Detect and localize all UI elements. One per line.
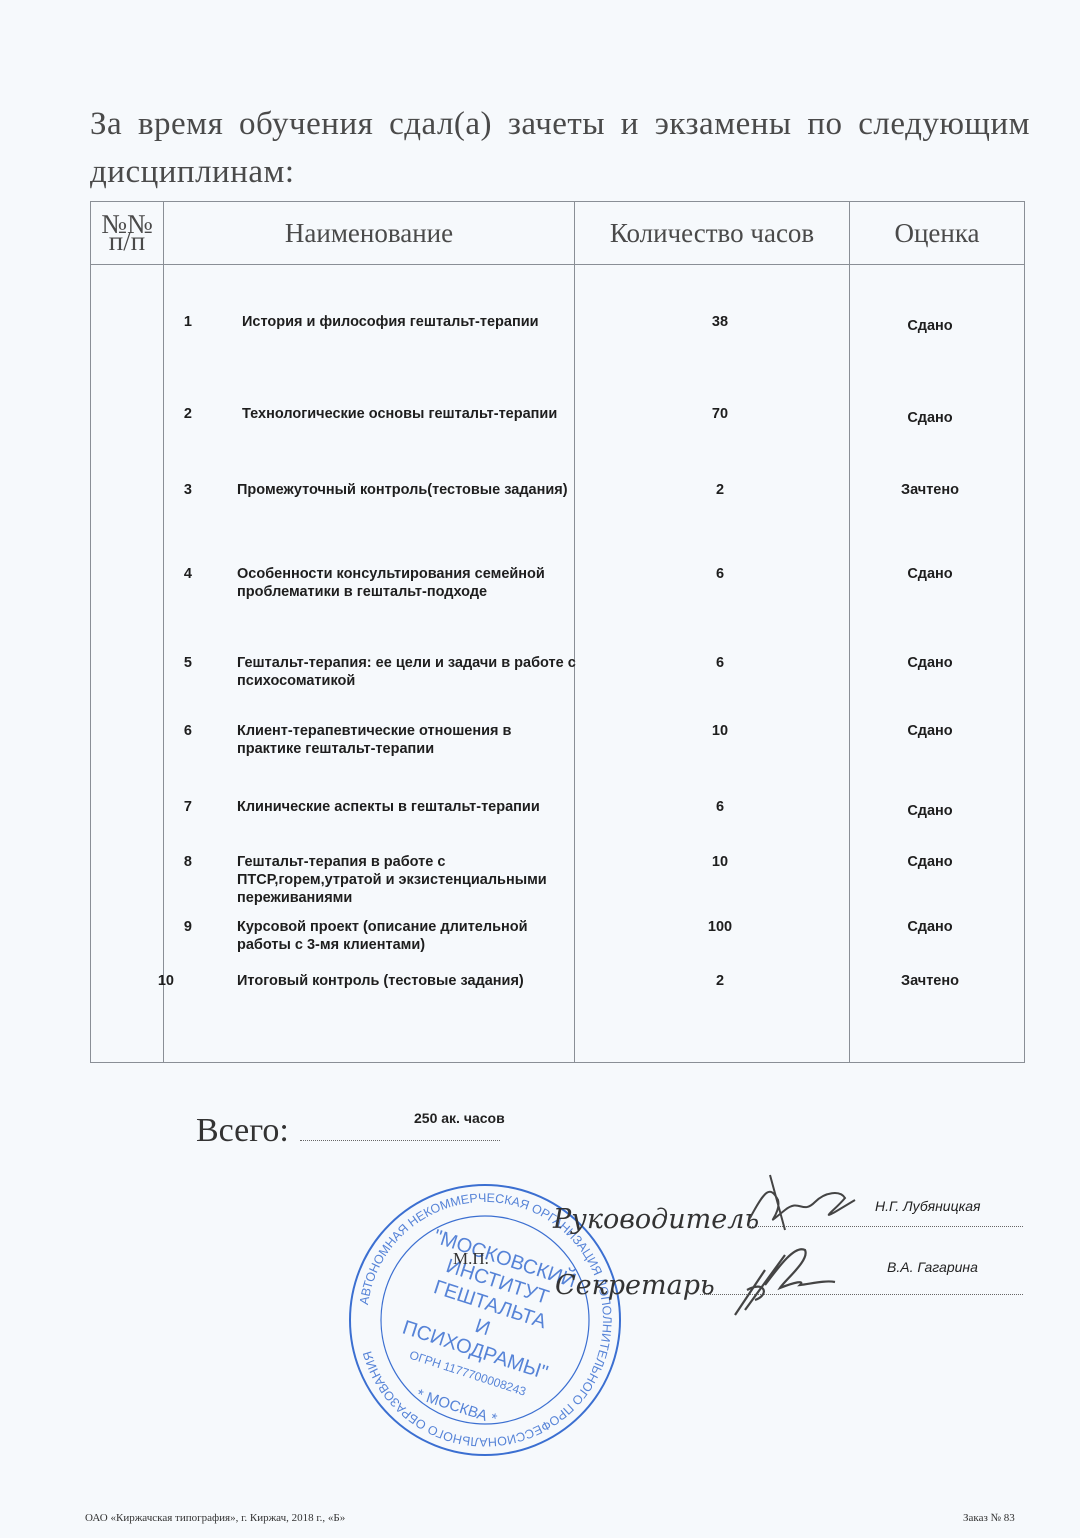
- row-grade: Зачтено: [870, 481, 990, 499]
- header-grade: Оценка: [850, 202, 1025, 265]
- row-discipline-name: История и философия гештальт-терапии: [242, 313, 582, 331]
- row-discipline-name: Итоговый контроль (тестовые задания): [237, 972, 577, 990]
- row-discipline-name: Технологические основы гештальт-терапии: [242, 405, 582, 423]
- row-discipline-name: Гештальт-терапия: ее цели и задачи в раб…: [237, 654, 577, 690]
- row-hours: 2: [680, 972, 760, 990]
- row-number: 7: [152, 798, 192, 816]
- row-number: 2: [152, 405, 192, 423]
- row-number: 6: [152, 722, 192, 740]
- secretary-signature: [725, 1240, 845, 1320]
- head-name: Н.Г. Лубяницкая: [875, 1198, 980, 1214]
- printer-info: ОАО «Киржачская типография», г. Киржач, …: [85, 1512, 345, 1524]
- row-number: 1: [152, 313, 192, 331]
- row-discipline-name: Особенности консультирования семейной пр…: [237, 565, 577, 601]
- total-underline: [300, 1140, 500, 1141]
- row-grade: Сдано: [870, 565, 990, 583]
- secretary-role-label: Секретарь: [555, 1270, 715, 1301]
- row-hours: 38: [680, 313, 760, 331]
- total-value: 250 ак. часов: [414, 1110, 505, 1126]
- row-grade: Сдано: [870, 654, 990, 672]
- seal-place-label: М.П.: [453, 1249, 489, 1269]
- row-hours: 10: [680, 722, 760, 740]
- header-name: Наименование: [164, 202, 575, 265]
- row-number: 5: [152, 654, 192, 672]
- row-discipline-name: Курсовой проект (описание длительной раб…: [237, 918, 577, 954]
- row-discipline-name: Клиент-терапевтические отношения в практ…: [237, 722, 577, 758]
- order-number: Заказ № 83: [963, 1512, 1015, 1524]
- row-grade: Сдано: [870, 317, 990, 335]
- row-number: 8: [152, 853, 192, 871]
- secretary-name: В.А. Гагарина: [887, 1259, 978, 1275]
- header-hours: Количество часов: [575, 202, 850, 265]
- row-number: 4: [152, 565, 192, 583]
- row-grade: Сдано: [870, 722, 990, 740]
- row-grade: Сдано: [870, 802, 990, 820]
- page-heading: За время обучения сдал(а) зачеты и экзам…: [90, 100, 1030, 196]
- row-discipline-name: Промежуточный контроль(тестовые задания): [237, 481, 577, 499]
- row-hours: 100: [680, 918, 760, 936]
- row-hours: 10: [680, 853, 760, 871]
- row-hours: 6: [680, 798, 760, 816]
- head-signature: [740, 1170, 870, 1240]
- total-label: Всего:: [196, 1112, 289, 1150]
- row-grade: Зачтено: [870, 972, 990, 990]
- row-grade: Сдано: [870, 918, 990, 936]
- row-grade: Сдано: [870, 853, 990, 871]
- header-number: №№ п/п: [91, 202, 164, 265]
- row-hours: 2: [680, 481, 760, 499]
- head-role-label: Руководитель: [553, 1204, 759, 1235]
- table-header-row: №№ п/п Наименование Количество часов Оце…: [91, 202, 1025, 265]
- row-discipline-name: Клинические аспекты в гештальт-терапии: [237, 798, 577, 816]
- row-hours: 6: [680, 565, 760, 583]
- row-grade: Сдано: [870, 409, 990, 427]
- row-number: 10: [134, 972, 174, 990]
- row-number: 9: [152, 918, 192, 936]
- row-hours: 70: [680, 405, 760, 423]
- stamp-line4: И: [472, 1315, 492, 1340]
- row-hours: 6: [680, 654, 760, 672]
- row-number: 3: [152, 481, 192, 499]
- row-discipline-name: Гештальт-терапия в работе с ПТСР,горем,у…: [237, 853, 577, 907]
